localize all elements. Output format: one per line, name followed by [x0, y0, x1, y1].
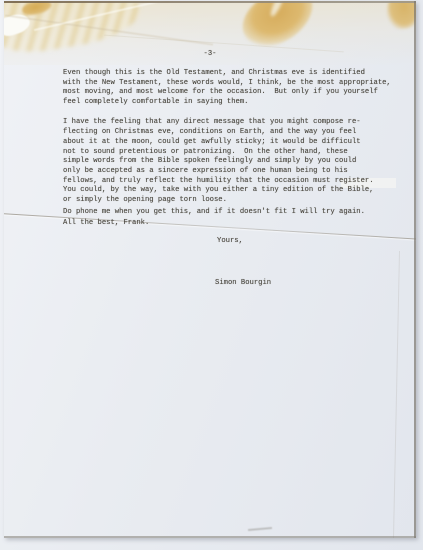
- paper-crinkle-line: [393, 251, 400, 538]
- paragraph: I have the feeling that any direct messa…: [63, 118, 415, 205]
- signature-name: Simon Bourgin: [215, 279, 271, 289]
- page-bottom-edge: [4, 536, 416, 538]
- paragraph: All the best, Frank.: [63, 219, 415, 229]
- stain-top-right-corner: [387, 1, 416, 29]
- letter-page: -3- Even though this is the Old Testamen…: [4, 1, 416, 538]
- page-top-edge: [4, 1, 416, 3]
- page-number: -3-: [4, 50, 416, 60]
- paragraph: Even though this is the Old Testament, a…: [63, 69, 415, 108]
- bottom-scratch-mark: [248, 527, 272, 531]
- closing-salutation: Yours,: [217, 237, 243, 247]
- page-right-edge: [414, 1, 416, 538]
- paragraph: Do phone me when you get this, and if it…: [63, 208, 415, 218]
- scan-background: -3- Even though this is the Old Testamen…: [0, 0, 423, 550]
